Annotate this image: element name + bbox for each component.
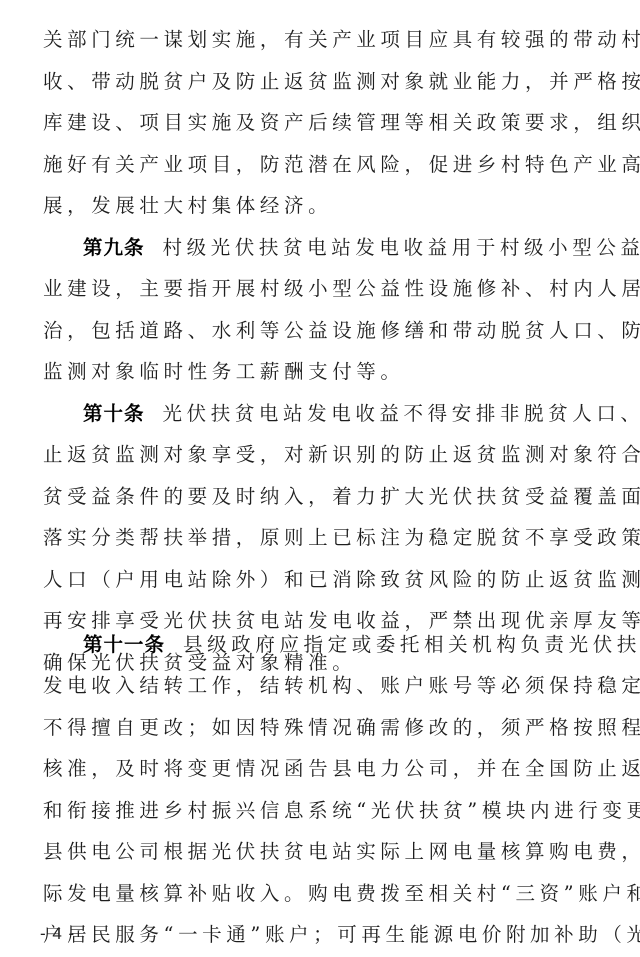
text-line: 人口（户用电站除外）和已消除致贫风险的防止返贫监测对象不	[43, 565, 603, 595]
text-line: 业建设，主要指开展村级小型公益性设施修补、村内人居环境整	[43, 274, 603, 304]
text-line: 和衔接推进乡村振兴信息系统“光伏扶贫”模块内进行变更录入。	[43, 796, 603, 826]
text-line: 不得擅自更改；如因特殊情况确需修改的，须严格按照程序报批	[43, 713, 603, 743]
text-line: 治，包括道路、水利等公益设施修缮和带动脱贫人口、防止返贫	[43, 316, 603, 346]
text-line: 展，发展壮大村集体经济。	[43, 191, 603, 221]
page-number: - 4 -	[40, 924, 75, 944]
text-line: 际发电量核算补贴收入。购电费拨至相关村“三资”账户和涉及	[43, 879, 603, 909]
text-segment: 县级政府应指定或委托相关机构负责光伏扶贫	[183, 633, 640, 656]
text-line: 关部门统一谋划实施，有关产业项目应具有较强的带动村集体增	[43, 25, 603, 55]
text-line: 落实分类帮扶举措，原则上已标注为稳定脱贫不享受政策的脱贫	[43, 523, 603, 553]
article-heading: 第九条	[83, 236, 145, 259]
article-9-first-line: 第九条村级光伏扶贫电站发电收益用于村级小型公益事	[83, 233, 603, 263]
document-page: 关部门统一谋划实施，有关产业项目应具有较强的带动村集体增 收、带动脱贫户及防止返…	[0, 0, 640, 957]
text-line: 收、带动脱贫户及防止返贫监测对象就业能力，并严格按照项目	[43, 67, 603, 97]
text-line: 县供电公司根据光伏扶贫电站实际上网电量核算购电费，根据实	[43, 837, 603, 867]
text-line: 贫受益条件的要及时纳入，着力扩大光伏扶贫受益覆盖面，同时	[43, 482, 603, 512]
text-line: 止返贫监测对象享受，对新识别的防止返贫监测对象符合光伏扶	[43, 440, 603, 470]
text-line: 核准，及时将变更情况函告县电力公司，并在全国防止返贫监测	[43, 754, 603, 784]
article-heading: 第十一条	[83, 633, 165, 656]
text-line: 户居民服务“一卡通”账户；可再生能源电价附加补助（光伏扶	[43, 920, 603, 950]
text-line: 发电收入结转工作，结转机构、账户账号等必须保持稳定唯一，	[43, 671, 603, 701]
article-heading: 第十条	[83, 402, 145, 425]
text-line: 监测对象临时性务工薪酬支付等。	[43, 357, 603, 387]
text-segment: 光伏扶贫电站发电收益不得安排非脱贫人口、非防	[163, 402, 640, 425]
article-10-first-line: 第十条光伏扶贫电站发电收益不得安排非脱贫人口、非防	[83, 399, 603, 429]
article-11-first-line: 第十一条县级政府应指定或委托相关机构负责光伏扶贫	[83, 630, 603, 660]
text-segment: 村级光伏扶贫电站发电收益用于村级小型公益事	[163, 236, 640, 259]
text-line: 施好有关产业项目，防范潜在风险，促进乡村特色产业高质量发	[43, 150, 603, 180]
text-line: 库建设、项目实施及资产后续管理等相关政策要求，组织好、实	[43, 108, 603, 138]
